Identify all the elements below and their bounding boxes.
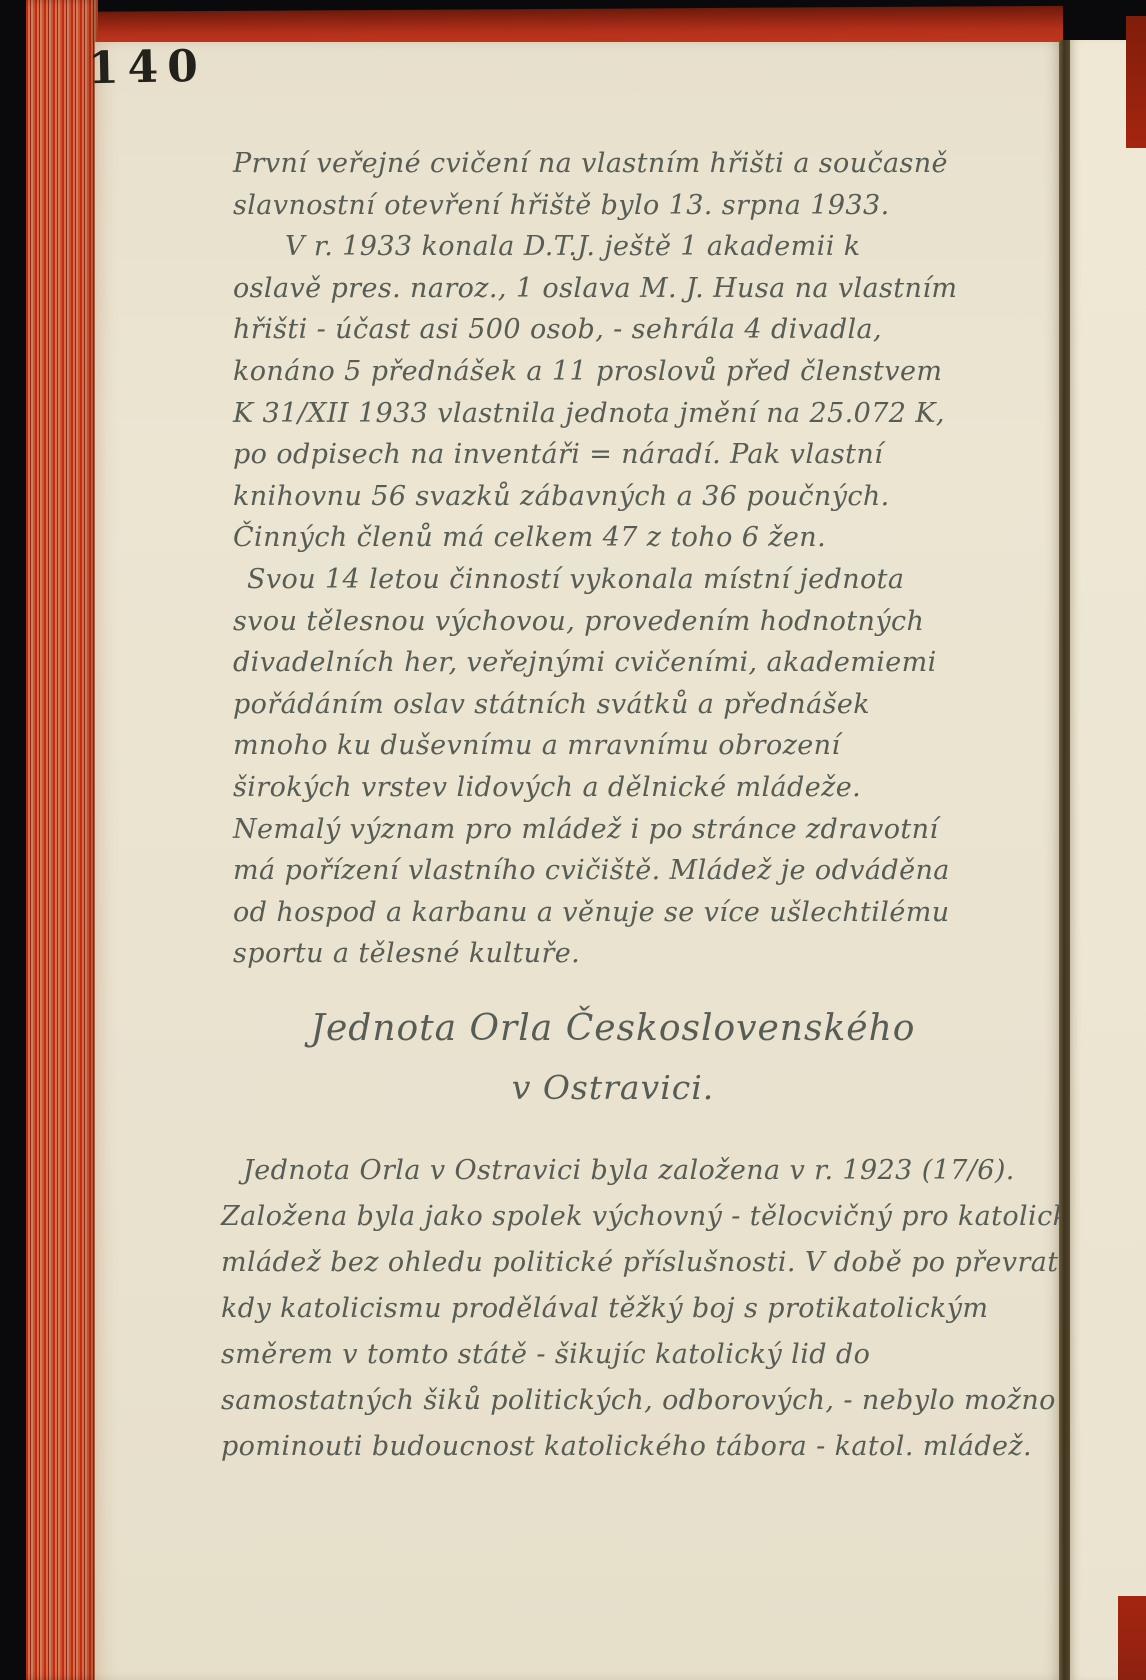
handwritten-line: od hospod a karbanu a věnuje se více ušl… [233, 892, 1053, 934]
handwritten-line: mnoho ku duševnímu a mravnímu obrození [233, 725, 1053, 767]
book-cover-right-edge-bottom [1118, 1596, 1146, 1680]
handwritten-line: mládež bez ohledu politické příslušnosti… [221, 1240, 1041, 1286]
handwritten-line: pominouti budoucnost katolického tábora … [221, 1424, 1041, 1470]
handwritten-line: Činných členů má celkem 47 z toho 6 žen. [233, 517, 1053, 559]
handwritten-line: konáno 5 přednášek a 11 proslovů před čl… [233, 351, 1053, 393]
handwritten-line: divadelních her, veřejnými cvičeními, ak… [233, 642, 1053, 684]
page-edge-crease [1059, 40, 1070, 1680]
handwritten-line: V r. 1933 konala D.T.J. ještě 1 akademii… [233, 226, 1053, 268]
book-cover-right-edge-top [1126, 16, 1146, 148]
handwritten-line: slavnostní otevření hřiště bylo 13. srpn… [233, 185, 1053, 227]
handwritten-line: K 31/XII 1933 vlastnila jednota jmění na… [233, 393, 1053, 435]
section-heading-line-1: Jednota Orla Československého [233, 1008, 993, 1049]
handwritten-line: směrem v tomto státě - šikujíc katolický… [221, 1332, 1041, 1378]
handwritten-line: svou tělesnou výchovou, provedením hodno… [233, 601, 1053, 643]
paragraph-1: První veřejné cvičení na vlastním hřišti… [233, 143, 1053, 975]
handwritten-line: má pořízení vlastního cvičiště. Mládež j… [233, 850, 1053, 892]
handwritten-line: Nemalý význam pro mládež i po stránce zd… [233, 809, 1053, 851]
handwritten-line: širokých vrstev lidových a dělnické mlád… [233, 767, 1053, 809]
handwritten-line: sportu a tělesné kultuře. [233, 933, 1053, 975]
book-photo: 140 První veřejné cvičení na vlastním hř… [0, 0, 1146, 1680]
handwritten-line: Založena byla jako spolek výchovný - těl… [221, 1194, 1041, 1240]
handwritten-line: samostatných šiků politických, odborovýc… [221, 1378, 1041, 1424]
handwritten-line: oslavě pres. naroz., 1 oslava M. J. Husa… [233, 268, 1053, 310]
chronicle-page: 140 První veřejné cvičení na vlastním hř… [95, 42, 1061, 1680]
handwritten-line: První veřejné cvičení na vlastním hřišti… [233, 143, 1053, 185]
handwritten-line: kdy katolicismu prodělával těžký boj s p… [221, 1286, 1041, 1332]
handwritten-line: Jednota Orla v Ostravici byla založena v… [221, 1148, 1041, 1194]
handwritten-line: hřišti - účast asi 500 osob, - sehrála 4… [233, 309, 1053, 351]
handwritten-line: Svou 14 letou činností vykonala místní j… [233, 559, 1053, 601]
paragraph-2: Jednota Orla v Ostravici byla založena v… [221, 1148, 1041, 1470]
handwritten-line: knihovnu 56 svazků zábavných a 36 poučný… [233, 476, 1053, 518]
handwritten-line: po odpisech na inventáři = náradí. Pak v… [233, 434, 1053, 476]
handwritten-line: pořádáním oslav státních svátků a předná… [233, 684, 1053, 726]
book-fore-edge-pages [26, 0, 98, 1680]
adjacent-page-edge [1070, 40, 1146, 1680]
page-number-stamp: 140 [87, 41, 207, 94]
section-heading-line-2: v Ostravici. [233, 1068, 993, 1107]
